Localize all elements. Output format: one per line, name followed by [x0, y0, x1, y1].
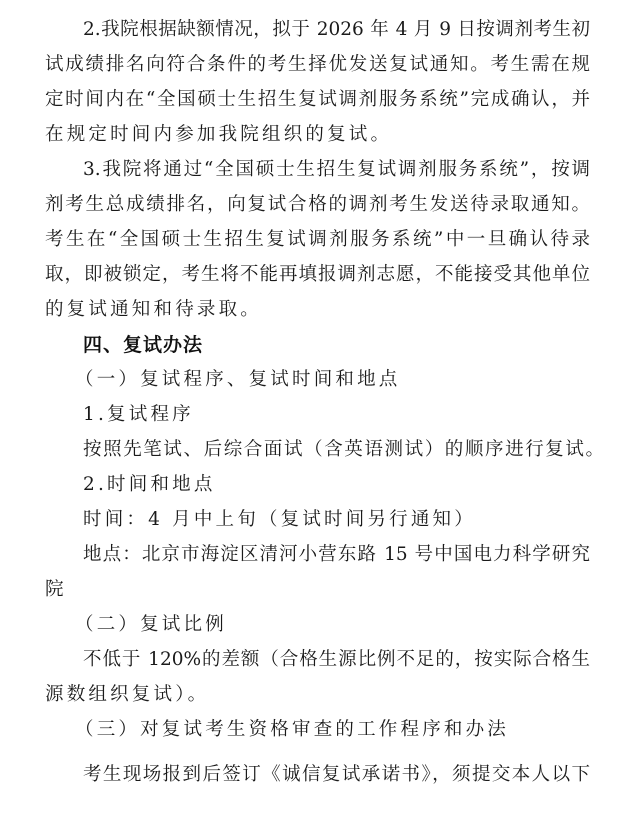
section-4-heading: 四、复试办法: [83, 333, 203, 357]
item-1-text: 按照先笔试、后综合面试（含英语测试）的顺序进行复试。: [83, 438, 606, 462]
location-line-1: 地点：北京市海淀区清河小营东路 15 号中国电力科学研究: [83, 543, 590, 567]
subsection-2-heading: （二）复试比例: [75, 613, 227, 637]
review-line-1: 考生现场报到后签订《诚信复试承诺书》，须提交本人以下: [83, 763, 590, 787]
ratio-line-2: 源数组织复试）。: [45, 683, 209, 707]
paragraph-3-line-2: 剂考生总成绩排名，向复试合格的调剂考生发送待录取通知。: [45, 193, 590, 217]
paragraph-2-line-4: 在规定时间内参加我院组织的复试。: [45, 123, 392, 147]
location-line-2: 院: [45, 578, 67, 602]
paragraph-2-line-2: 试成绩排名向符合条件的考生择优发送复试通知。考生需在规: [45, 53, 590, 77]
subsection-3-heading: （三）对复试考生资格审查的工作程序和办法: [75, 718, 509, 742]
paragraph-3-line-1: 3.我院将通过“全国硕士生招生复试调剂服务系统”，按调: [83, 158, 590, 182]
paragraph-3-line-3: 考生在“全国硕士生招生复试调剂服务系统”中一旦确认待录: [45, 228, 590, 252]
time-text: 时间：4 月中上旬（复试时间另行通知）: [83, 508, 476, 532]
ratio-line-1: 不低于 120%的差额（合格生源比例不足的，按实际合格生: [83, 648, 590, 672]
item-2-heading: 2.时间和地点: [83, 473, 216, 497]
subsection-1-heading: （一）复试程序、复试时间和地点: [75, 368, 401, 392]
paragraph-3-line-5: 的复试通知和待录取。: [45, 298, 262, 322]
paragraph-2-line-1: 2.我院根据缺额情况，拟于 2026 年 4 月 9 日按调剂考生初: [83, 18, 590, 42]
paragraph-2-line-3: 定时间内在“全国硕士生招生复试调剂服务系统”完成确认，并: [45, 88, 590, 112]
item-1-heading: 1.复试程序: [83, 403, 194, 427]
paragraph-3-line-4: 取，即被锁定，考生将不能再填报调剂志愿，不能接受其他单位: [45, 263, 590, 287]
